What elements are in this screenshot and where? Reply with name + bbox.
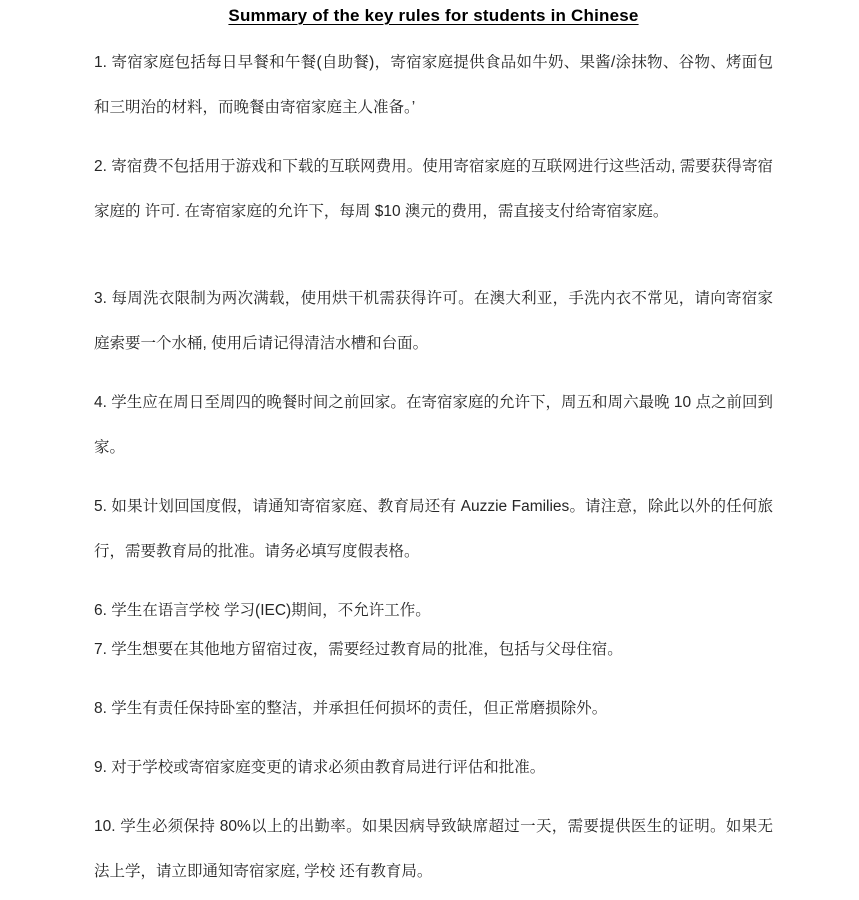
- rule-paragraph-4: 4. 学生应在周日至周四的晚餐时间之前回家。在寄宿家庭的允许下，周五和周六最晚 …: [94, 380, 773, 470]
- rule-text: 学生必须保持 80%以上的出勤率。如果因病导致缺席超过一天，需要提供医生的证明。…: [94, 818, 773, 880]
- rule-paragraph-7: 7. 学生想要在其他地方留宿过夜，需要经过教育局的批准，包括与父母住宿。: [94, 627, 773, 672]
- rule-number: 3.: [94, 290, 107, 307]
- rule-number: 9.: [94, 759, 107, 776]
- rule-paragraph-3: 3. 每周洗衣限制为两次满载，使用烘干机需获得许可。在澳大利亚，手洗内衣不常见，…: [94, 276, 773, 366]
- rule-text: 学生应在周日至周四的晚餐时间之前回家。在寄宿家庭的允许下，周五和周六最晚 10 …: [94, 394, 773, 456]
- rule-paragraph-10: 10. 学生必须保持 80%以上的出勤率。如果因病导致缺席超过一天，需要提供医生…: [94, 804, 773, 894]
- rule-number: 4.: [94, 394, 107, 411]
- rule-number: 1.: [94, 54, 107, 71]
- rule-paragraph-2: 2. 寄宿费不包括用于游戏和下载的互联网费用。使用寄宿家庭的互联网进行这些活动,…: [94, 144, 773, 234]
- rule-number: 7.: [94, 641, 107, 658]
- rule-paragraph-9: 9. 对于学校或寄宿家庭变更的请求必须由教育局进行评估和批准。: [94, 745, 773, 790]
- rule-text: 每周洗衣限制为两次满载，使用烘干机需获得许可。在澳大利亚，手洗内衣不常见，请向寄…: [94, 290, 773, 352]
- document-title: Summary of the key rules for students in…: [94, 6, 773, 26]
- rule-number: 8.: [94, 700, 107, 717]
- rule-text: 如果计划回国度假，请通知寄宿家庭、教育局还有 Auzzie Families。请…: [94, 498, 773, 560]
- rule-text: 学生有责任保持卧室的整洁，并承担任何损坏的责任，但正常磨损除外。: [111, 700, 607, 717]
- rule-text: 学生想要在其他地方留宿过夜，需要经过教育局的批准，包括与父母住宿。: [111, 641, 623, 658]
- rule-text: 寄宿家庭包括每日早餐和午餐(自助餐)，寄宿家庭提供食品如牛奶、果酱/涂抹物、谷物…: [94, 54, 773, 116]
- rule-text: 学生在语言学校 学习(IEC)期间，不允许工作。: [111, 602, 430, 619]
- rule-number: 2.: [94, 158, 107, 175]
- rule-number: 6.: [94, 602, 107, 619]
- rule-text: 对于学校或寄宿家庭变更的请求必须由教育局进行评估和批准。: [111, 759, 545, 776]
- rule-number: 5.: [94, 498, 107, 515]
- rule-paragraph-5: 5. 如果计划回国度假，请通知寄宿家庭、教育局还有 Auzzie Familie…: [94, 484, 773, 574]
- rule-paragraph-8: 8. 学生有责任保持卧室的整洁，并承担任何损坏的责任，但正常磨损除外。: [94, 686, 773, 731]
- rule-paragraph-1: 1. 寄宿家庭包括每日早餐和午餐(自助餐)，寄宿家庭提供食品如牛奶、果酱/涂抹物…: [94, 40, 773, 130]
- rule-text: 寄宿费不包括用于游戏和下载的互联网费用。使用寄宿家庭的互联网进行这些活动, 需要…: [94, 158, 773, 220]
- rule-number: 10.: [94, 818, 116, 835]
- document-page: Summary of the key rules for students in…: [0, 0, 859, 900]
